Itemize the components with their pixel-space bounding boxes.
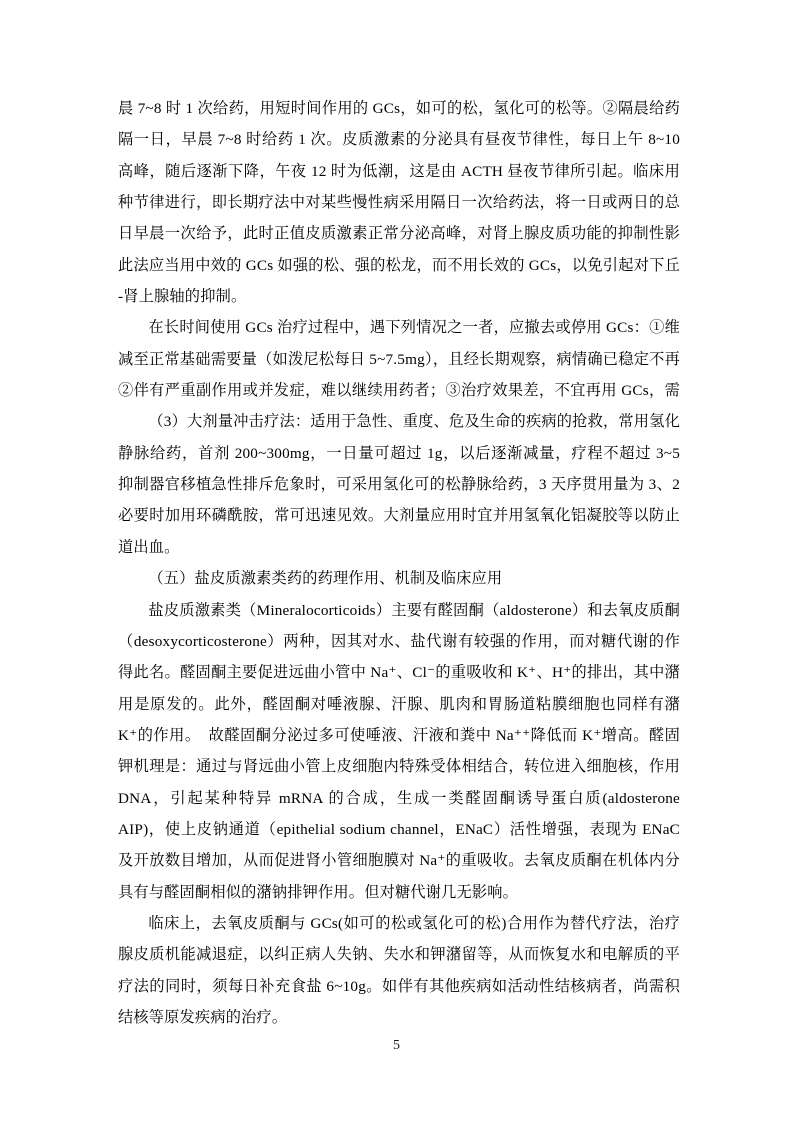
text-line: 高峰，随后逐渐下降，午夜 12 时为低潮，这是由 ACTH 昼夜节律所引起。临床… — [118, 156, 680, 187]
text-line: 必要时加用环磷酰胺，常可迅速见效。大剂量应用时宜并用氢氧化铝凝胶等以防止急性消化 — [118, 500, 680, 531]
text-line: 道出血。 — [118, 532, 680, 563]
text-line: 用是原发的。此外，醛固酮对唾液腺、汗腺、肌肉和胃肠道粘膜细胞也同样有潴 Na⁺、… — [118, 689, 680, 720]
text-line: 静脉给药，首剂 200~300mg，一日量可超过 1g，以后逐渐减量，疗程不超过… — [118, 438, 680, 469]
text-line: 具有与醛固酮相似的潴钠排钾作用。但对糖代谢几无影响。 — [118, 877, 680, 908]
paragraph: 盐皮质激素类（Mineralocorticoids）主要有醛固酮（aldoste… — [118, 595, 680, 908]
text-line: 晨 7~8 时 1 次给药，用短时间作用的 GCs，如可的松，氢化可的松等。②隔… — [118, 93, 680, 124]
text-line: （3）大剂量冲击疗法：适用于急性、重度、危及生命的疾病的抢救，常用氢化可的松 — [118, 406, 680, 437]
text-line: （五）盐皮质激素类药的药理作用、机制及临床应用 — [118, 563, 680, 594]
text-line: 临床上，去氧皮质酮与 GCs(如可的松或氢化可的松)合用作为替代疗法，治疗慢性肾… — [118, 908, 680, 939]
text-line: AIP)，使上皮钠通道（epithelial sodium channel，EN… — [118, 814, 680, 845]
text-line: 腺皮质机能减退症，以纠正病人失钠、失水和钾潴留等，从而恢复水和电解质的平衡。替代 — [118, 939, 680, 970]
paragraph: （3）大剂量冲击疗法：适用于急性、重度、危及生命的疾病的抢救，常用氢化可的松静脉… — [118, 406, 680, 563]
text-line: DNA，引起某种特异 mRNA 的合成，生成一类醛固酮诱导蛋白质(aldoste… — [118, 783, 680, 814]
text-line: 在长时间使用 GCs 治疗过程中，遇下列情况之一者，应撤去或停用 GCs：①维持… — [118, 312, 680, 343]
page-number: 5 — [0, 1036, 793, 1056]
paragraph: 在长时间使用 GCs 治疗过程中，遇下列情况之一者，应撤去或停用 GCs：①维持… — [118, 312, 680, 406]
text-line: 减至正常基础需要量（如泼尼松每日 5~7.5mg），且经长期观察，病情确已稳定不… — [118, 344, 680, 375]
text-line: （desoxycorticosterone）两种，因其对水、盐代谢有较强的作用，… — [118, 626, 680, 657]
document-page: 晨 7~8 时 1 次给药，用短时间作用的 GCs，如可的松，氢化可的松等。②隔… — [0, 0, 793, 1122]
text-line: 钾机理是：通过与肾远曲小管上皮细胞内特殊受体相结合，转位进入细胞核，作用于染色质 — [118, 751, 680, 782]
text-line: 日早晨一次给予，此时正值皮质激素正常分泌高峰，对肾上腺皮质功能的抑制性影响较小。 — [118, 218, 680, 249]
text-line: 此法应当用中效的 GCs 如强的松、强的松龙，而不用长效的 GCs，以免引起对下… — [118, 250, 680, 281]
text-line: K⁺的作用。 故醛固酮分泌过多可使唾液、汗液和粪中 Na⁺⁺降低而 K⁺增高。醛… — [118, 720, 680, 751]
text-line: 及开放数目增加，从而促进肾小管细胞膜对 Na⁺的重吸收。去氧皮质酮在机体内分泌量… — [118, 845, 680, 876]
text-line: 结核等原发疾病的治疗。 — [118, 1002, 680, 1033]
document-body: 晨 7~8 时 1 次给药，用短时间作用的 GCs，如可的松，氢化可的松等。②隔… — [118, 93, 680, 1033]
text-line: -肾上腺轴的抑制。 — [118, 281, 680, 312]
text-line: 抑制器官移植急性排斥危象时，可采用氢化可的松静脉给药，3 天序贯用量为 3、2 … — [118, 469, 680, 500]
text-line: 疗法的同时，须每日补充食盐 6~10g。如伴有其他疾病如活动性结核病者，尚需积极… — [118, 971, 680, 1002]
text-line: 得此名。醛固酮主要促进远曲小管中 Na⁺、Cl⁻的重吸收和 K⁺、H⁺的排出，其… — [118, 657, 680, 688]
paragraph: 晨 7~8 时 1 次给药，用短时间作用的 GCs，如可的松，氢化可的松等。②隔… — [118, 93, 680, 312]
text-line: ②伴有严重副作用或并发症，难以继续用药者；③治疗效果差，不宜再用 GCs，需改药… — [118, 375, 680, 406]
text-line: 种节律进行，即长期疗法中对某些慢性病采用隔日一次给药法，将一日或两日的总药量在隔 — [118, 187, 680, 218]
text-line: 盐皮质激素类（Mineralocorticoids）主要有醛固酮（aldoste… — [118, 595, 680, 626]
paragraph: （五）盐皮质激素类药的药理作用、机制及临床应用 — [118, 563, 680, 594]
paragraph: 临床上，去氧皮质酮与 GCs(如可的松或氢化可的松)合用作为替代疗法，治疗慢性肾… — [118, 908, 680, 1033]
text-line: 隔一日，早晨 7~8 时给药 1 次。皮质激素的分泌具有昼夜节律性，每日上午 8… — [118, 124, 680, 155]
